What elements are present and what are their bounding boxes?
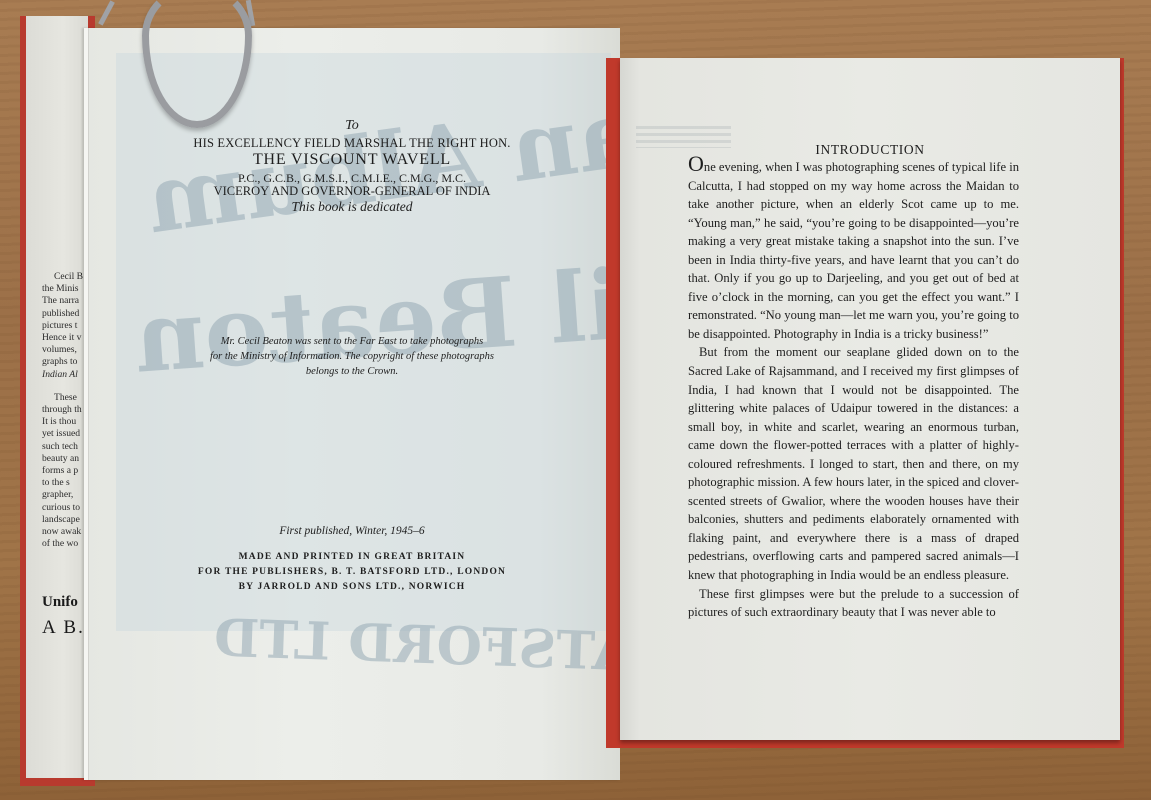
- flap-line: of the wo: [42, 538, 88, 550]
- imprint-line: MADE AND PRINTED IN GREAT BRITAIN: [84, 550, 620, 565]
- dedication-name: THE VISCOUNT WAVELL: [84, 151, 620, 169]
- body-paragraph: One evening, when I was photographing sc…: [688, 157, 1019, 343]
- flap-line: through th: [42, 404, 88, 416]
- flap-footer-line-1: Unifo: [42, 594, 85, 611]
- flap-blurb: Cecil B the Minis The narra published pi…: [42, 271, 88, 561]
- bookmark-wire-icon: [98, 0, 115, 25]
- printer-imprint: MADE AND PRINTED IN GREAT BRITAIN FOR TH…: [84, 550, 620, 595]
- flap-line: Hence it v: [42, 332, 88, 344]
- flap-paragraph-2: These through th It is thou yet issued s…: [42, 392, 88, 551]
- flap-line: pictures t: [42, 320, 88, 332]
- dedication-closing: This book is dedicated: [84, 199, 620, 215]
- paragraph-text: ne evening, when I was photographing sce…: [688, 160, 1019, 341]
- dedication-page: To HIS EXCELLENCY FIELD MARSHAL THE RIGH…: [84, 28, 620, 780]
- flap-line: These: [42, 392, 88, 404]
- left-page: Indian Album Cecil Beaton B.T. BATSFORD …: [84, 28, 620, 780]
- flap-line: The narra: [42, 295, 88, 307]
- drop-cap: O: [688, 151, 704, 176]
- right-page: INTRODUCTION One evening, when I was pho…: [620, 58, 1120, 740]
- flap-line: forms a p: [42, 465, 88, 477]
- flap-line: such tech: [42, 441, 88, 453]
- flap-line: published: [42, 308, 88, 320]
- dedication-office: VICEROY AND GOVERNOR-GENERAL OF INDIA: [84, 184, 620, 199]
- first-published: First published, Winter, 1945–6: [84, 525, 620, 537]
- copyright-line: for the Ministry of Information. The cop…: [84, 349, 620, 364]
- flap-line: the Minis: [42, 283, 88, 295]
- flap-line: volumes,: [42, 344, 88, 356]
- flap-line: graphs to: [42, 356, 88, 368]
- dust-jacket-flap: Cecil B the Minis The narra published pi…: [26, 16, 88, 778]
- dedication-line-1: HIS EXCELLENCY FIELD MARSHAL THE RIGHT H…: [84, 136, 620, 151]
- chapter-body: One evening, when I was photographing sc…: [688, 157, 1019, 622]
- flap-footer: Unifo A B.: [42, 594, 85, 639]
- flap-line: yet issued: [42, 428, 88, 440]
- flap-line: Indian Al: [42, 369, 88, 381]
- flap-line: landscape: [42, 514, 88, 526]
- flap-line: grapher,: [42, 489, 88, 501]
- flap-line: beauty an: [42, 453, 88, 465]
- flap-footer-line-2: A B.: [42, 617, 85, 639]
- flap-line: to the s: [42, 477, 88, 489]
- copyright-note: Mr. Cecil Beaton was sent to the Far Eas…: [84, 334, 620, 379]
- imprint-line: BY JARROLD AND SONS LTD., NORWICH: [84, 580, 620, 595]
- flap-paragraph-1: Cecil B the Minis The narra published pi…: [42, 271, 88, 381]
- flap-line: curious to: [42, 502, 88, 514]
- flap-line: now awak: [42, 526, 88, 538]
- flap-line: Cecil B: [42, 271, 88, 283]
- dedication-to: To: [84, 118, 620, 134]
- body-paragraph: But from the moment our seaplane glided …: [688, 343, 1019, 584]
- copyright-line: Mr. Cecil Beaton was sent to the Far Eas…: [84, 334, 620, 349]
- body-paragraph: These first glimpses were but the prelud…: [688, 585, 1019, 622]
- imprint-line: FOR THE PUBLISHERS, B. T. BATSFORD LTD.,…: [84, 565, 620, 580]
- copyright-line: belongs to the Crown.: [84, 364, 620, 379]
- flap-line: It is thou: [42, 416, 88, 428]
